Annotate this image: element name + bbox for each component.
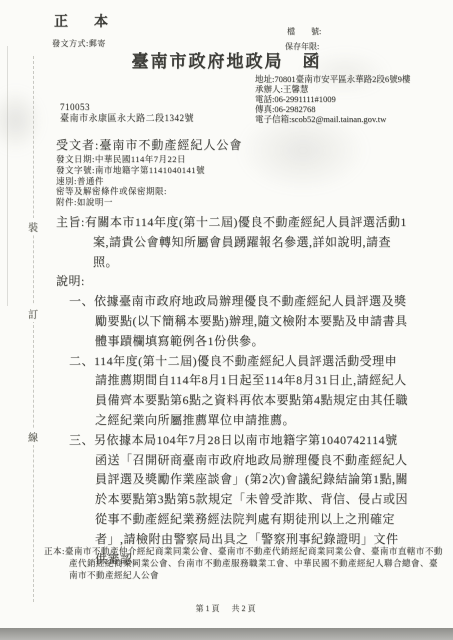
description-item-1: 一、依據臺南市政府地政局辦理優良不動產經紀人員評選及獎勵要點(以下簡稱本要點)辦… xyxy=(69,292,408,351)
subject-paragraph: 主旨:有關本市114年度(第十二屆)優良不動產經紀人員評選活動1案,請貴公會轉知… xyxy=(56,213,408,272)
page-number-footer: 第1頁 共2頁 xyxy=(0,603,453,614)
agency-contact-person: 承辦人:王馨慧 xyxy=(255,84,433,94)
item-2-text: 114年度(第十二屆)優良不動產經紀人員評選活動受理申請推薦期間自114年8月1… xyxy=(94,354,408,427)
subject-text: 有關本市114年度(第十二屆)優良不動產經紀人員評選活動1案,請貴公會轉知所屬會… xyxy=(85,215,407,269)
document-number: 發文字號:南市地籍字第1141040141號 xyxy=(56,165,205,176)
description-label: 說明: xyxy=(56,272,408,292)
agency-fax: 傳真:06-2982768 xyxy=(255,104,433,114)
speed-class: 速別:普通件 xyxy=(56,176,205,187)
scanned-official-letter: { "colors": { "paper": "#fbfbf8", "ink":… xyxy=(0,0,453,640)
agency-address: 地址:70801臺南市安平區永華路2段6號9樓 xyxy=(255,74,433,84)
page-edge-line xyxy=(7,46,8,306)
agency-phone: 電話:06-2991111#1009 xyxy=(255,94,433,104)
agency-email: 電子信箱:scob52@mail.tainan.gov.tw xyxy=(255,114,433,124)
cc-text: 臺南市不動產仲介經紀商業同業公會、臺南市不動產代銷經紀商業同業公會、臺南市直轄市… xyxy=(65,546,443,580)
recipient-street-address: 臺南市永康區永大路二段1342號 xyxy=(60,113,194,124)
subject-label: 主旨: xyxy=(56,215,85,229)
agency-contact-block: 地址:70801臺南市安平區永華路2段6號9樓 承辦人:王馨慧 電話:06-29… xyxy=(255,74,433,124)
letter-body: 主旨:有關本市114年度(第十二屆)優良不動產經紀人員評選活動1案,請貴公會轉知… xyxy=(56,213,408,569)
document-meta-block: 發文日期:中華民國114年7月22日 發文字號:南市地籍字第1141040141… xyxy=(56,154,205,208)
description-item-2: 二、114年度(第十二屆)優良不動產經紀人員評選活動受理申請推薦期間自114年8… xyxy=(69,352,408,431)
attachment-note: 附件:如說明一 xyxy=(56,197,205,208)
binding-mark-xian: 線 xyxy=(25,428,41,445)
copy-type-label: 正 本 xyxy=(54,11,114,31)
recipient-mailing-block: 710053 臺南市永康區永大路二段1342號 xyxy=(60,102,194,124)
item-3-number: 三、 xyxy=(69,433,94,447)
document-page: 正 本 發文方式:郵寄 檔 號: 保存年限: 臺南市政府地政局 函 地址:708… xyxy=(0,0,453,628)
binding-dashed-line xyxy=(33,56,34,602)
cc-label: 正本: xyxy=(44,546,65,556)
item-2-number: 二、 xyxy=(69,354,94,368)
item-1-text: 依據臺南市政府地政局辦理優良不動產經紀人員評選及獎勵要點(以下簡稱本要點)辦理,… xyxy=(94,294,407,348)
issue-date: 發文日期:中華民國114年7月22日 xyxy=(56,154,205,165)
item-1-number: 一、 xyxy=(69,294,94,308)
cc-paragraph: 正本:臺南市不動產仲介經紀商業同業公會、臺南市不動產代銷經紀商業同業公會、臺南市… xyxy=(44,545,444,581)
original-copy-recipients: 正本:臺南市不動產仲介經紀商業同業公會、臺南市不動產代銷經紀商業同業公會、臺南市… xyxy=(44,545,444,581)
security-class: 密等及解密條件或保密期限: xyxy=(56,186,205,197)
recipient-zip: 710053 xyxy=(60,102,194,113)
binding-mark-zhuang: 裝 xyxy=(25,218,41,235)
document-title: 臺南市政府地政局 函 xyxy=(0,47,453,72)
file-number-label: 檔 號: xyxy=(287,26,321,37)
recipient-line: 受文者:臺南市不動產經紀人公會 xyxy=(56,136,242,153)
scanner-background-edge xyxy=(0,628,453,640)
binding-mark-ding: 訂 xyxy=(25,305,41,322)
